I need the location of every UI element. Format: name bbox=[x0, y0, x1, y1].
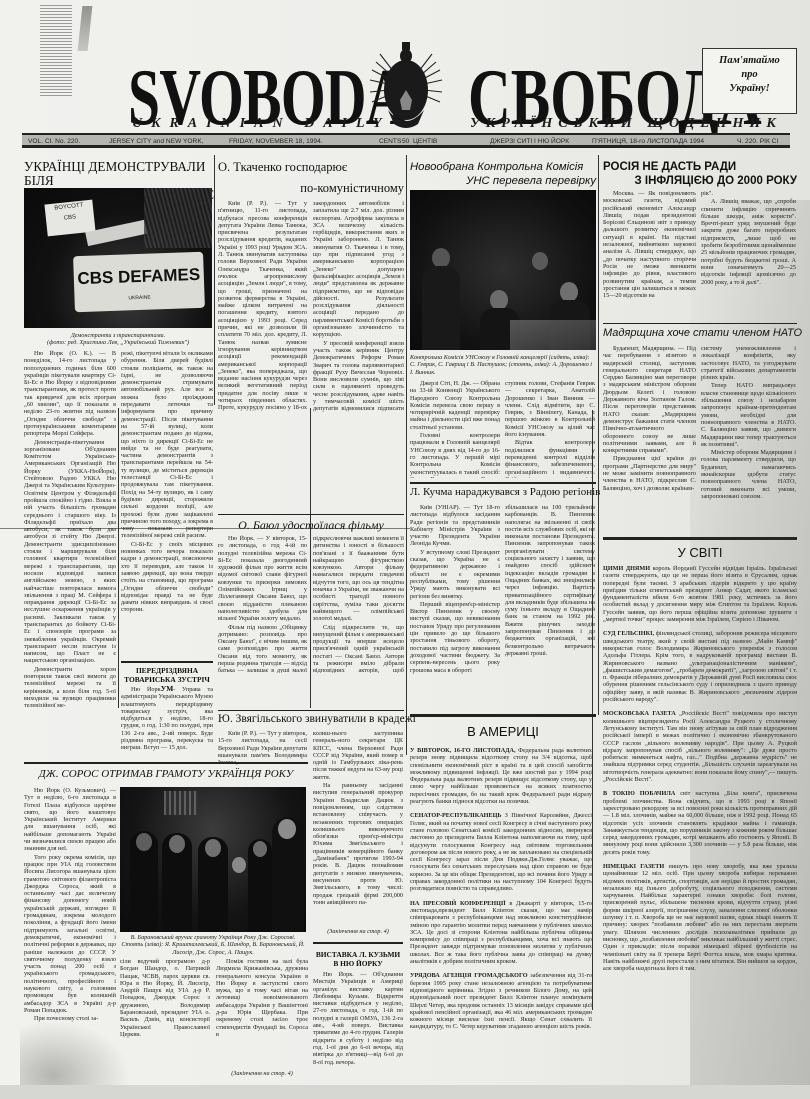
world-news-item: ЦИМИ ДНЯМИ король Йорданії Гуссейн відві… bbox=[603, 565, 797, 623]
headline-line: В НЮ ЙОРКУ bbox=[313, 959, 403, 968]
column-divider bbox=[406, 155, 407, 755]
divider bbox=[121, 661, 213, 663]
paragraph: Джерзі Сіті, Н. Дж. — Обрана на 33-ій Ко… bbox=[410, 380, 500, 431]
item-lead: СУД ГЕЛЬСІНКІ, bbox=[603, 630, 654, 637]
paragraph: закордонних автомобілів і заплатила ще 2… bbox=[313, 200, 404, 339]
item-lead: ЦИМИ ДНЯМИ bbox=[603, 565, 650, 572]
paragraph: сіли ведучий програмою д-р Богдан Шандор… bbox=[120, 958, 210, 1038]
person-face bbox=[560, 282, 578, 302]
article-body-baiul-col2: підкреслюючи важливі моменти її дитинств… bbox=[313, 535, 404, 673]
item-text: король Йорданії Гуссейн відвідав Ізраїль… bbox=[603, 565, 797, 623]
person-face bbox=[232, 857, 246, 873]
article-body-kuchma-col1: Київ (УНІАР). — Тут 18-го листопада відб… bbox=[410, 504, 500, 710]
paragraph: Демонстрація-пікетування зорганізоване О… bbox=[24, 439, 116, 665]
divider bbox=[603, 323, 797, 324]
column-divider bbox=[592, 410, 593, 1010]
paragraph: А. Лівшіц вважає, що „спроби спинити інф… bbox=[701, 198, 796, 286]
america-news-item: СЕНАТОР-РЕСПУБЛІКАНЕЦЬ З Північної Карол… bbox=[410, 812, 592, 892]
caption-line: (фото: ред. Христина Лев, „Український Т… bbox=[24, 339, 212, 346]
item-lead: НА ПРЕСОВІЙ КОНФЕРЕНЦІЇ bbox=[410, 900, 506, 907]
headline-line: УНС перевела перевірку bbox=[410, 174, 596, 188]
place-ua: ДЖЕРЗІ СИТІ І НЮ ЙОРК bbox=[490, 136, 569, 147]
article-body-kuchma-col2: збільшилася на 100 трильйонів карбованці… bbox=[505, 504, 595, 710]
caption-cbs-protest: Демонстранти з транспарантами. (фото: ре… bbox=[24, 332, 212, 347]
column-divider bbox=[214, 155, 215, 405]
world-news-list: ЦИМИ ДНЯМИ король Йорданії Гуссейн відві… bbox=[603, 565, 797, 1040]
masthead-subtitle-latin: UKRAINIAN DAILY bbox=[132, 116, 391, 132]
paragraph: колиш-нього заступника генераль-ного сек… bbox=[313, 730, 403, 781]
headline-control-commission: Новообрана Контрольна Комісія УНС переве… bbox=[410, 160, 596, 188]
headline-line: Новообрана Контрольна Комісія bbox=[410, 160, 596, 174]
motto-box: Пам'ятаймо про Україну! bbox=[702, 48, 797, 114]
article-body-control-col2: ступник голови, Стефанія Геврик — секрет… bbox=[505, 380, 595, 478]
item-text: „Россійскіє Вєсті" повідомила про виступ… bbox=[603, 710, 797, 783]
article-body-soros-col2: сіли ведучий програмою д-р Богдан Шандор… bbox=[120, 958, 210, 1078]
item-text: Федеральна рада валютних резерв знову пі… bbox=[410, 747, 592, 805]
paragraph: Київ (УНІАР). — Тут 18-го листопада відб… bbox=[410, 504, 500, 548]
headline-baiul: О. Баюл удостоїлася фільму bbox=[218, 518, 404, 533]
paragraph: У вступному слові Президент сказав, що У… bbox=[410, 549, 500, 600]
divider bbox=[218, 710, 404, 711]
america-news-list: У ВІВТОРОК, 16-ГО ЛИСТОПАДА, Федеральна … bbox=[410, 747, 592, 1077]
organ-pipes bbox=[164, 791, 198, 815]
paragraph: При почесному столі за- bbox=[24, 1015, 116, 1022]
america-news-item: У ВІВТОРОК, 16-ГО ЛИСТОПАДА, Федеральна … bbox=[410, 747, 592, 805]
paragraph: Фільм під назвою „Обіцянку дотримано: ро… bbox=[218, 624, 307, 673]
paragraph: режі, пікетуючі вітали їх окликами обуре… bbox=[121, 350, 213, 540]
item-lead: МОСКОВСЬКА ГАЗЕТА bbox=[603, 710, 676, 717]
divider bbox=[410, 714, 596, 717]
masthead: SVOBODA UKRAINIAN DAILY СВОБОДА УКРАЇНСЬ… bbox=[0, 0, 810, 150]
paragraph: Того року окрема комісія, що працює при … bbox=[24, 854, 116, 1015]
paragraph: Київ (Р. Р.). — Тут у п'ятницю, 11-го ли… bbox=[218, 200, 307, 412]
paragraph: Головні контролери працювали в Головній … bbox=[410, 432, 500, 478]
volume-ua: Ч. 220. РІК CI bbox=[737, 136, 778, 147]
paragraph: Сі-Бі-Ес у своїх місцевих новинках того … bbox=[121, 541, 213, 614]
place-en: JERSEY CITY and NEW YORK, bbox=[109, 136, 204, 147]
price-number: 50 bbox=[402, 136, 409, 147]
tree-silhouette bbox=[144, 188, 212, 248]
headline-kuchma: Л. Кучма нараджувався з Радою регіонів bbox=[410, 486, 610, 498]
mailing-label bbox=[40, 4, 72, 96]
article-body-zvyahilsky-col2: колиш-нього заступника генераль-ного сек… bbox=[313, 730, 403, 930]
column-divider bbox=[118, 408, 119, 708]
article-body-russia-col2: рік". А. Лівшіц вважає, що „спроби спини… bbox=[701, 190, 796, 310]
world-news-item: В ТОКІЮ ПОБАЧИЛА світ наступна „Біла кни… bbox=[603, 790, 797, 856]
date-en: FRIDAY, NOVEMBER 18, 1994. bbox=[229, 136, 323, 147]
article-body-soros-col1: Ню Йорк (О. Кузьмович). — Тут в неділю, … bbox=[24, 787, 116, 1083]
paragraph: рік". bbox=[701, 190, 796, 197]
paragraph: Слід підкреслити те, що випущений фільм … bbox=[313, 624, 404, 673]
paragraph: Відтак контролери поділилися функціями у… bbox=[505, 439, 595, 478]
protest-banner-main: CBS DEFAMES UKRAINE bbox=[73, 252, 205, 313]
article-body-kuzma-exhibit: Ню Йорк. — Об'єднання Мистців Українців … bbox=[313, 971, 403, 1075]
headline-line: РОСІЯ НЕ ДАСТЬ РАДИ bbox=[603, 160, 797, 174]
paragraph: підкреслюючи важливі моменти її дитинств… bbox=[313, 535, 404, 623]
paragraph: Ню Йорк. — Управа та адміністрація Украї… bbox=[121, 686, 213, 752]
paragraph: У пресовій конференції взяли участь тако… bbox=[313, 340, 404, 412]
america-news-item: УРЯДОВА АГЕНЦІЯ ГРОМАДСЬКОГО забезпеченн… bbox=[410, 972, 592, 1030]
photo-control-commission bbox=[410, 190, 596, 350]
paragraph: Перший віцепрем'єр-міністер Віктор Пинзе… bbox=[410, 601, 500, 674]
volume-number: VOL. CI. No. 220. bbox=[28, 136, 80, 147]
paragraph: Міністер оборони Мадярщини і голова парл… bbox=[701, 449, 796, 500]
sign-text: CBS DEFAMES bbox=[73, 258, 204, 297]
article-body-zvyahilsky-col1: Київ (Р. Р.). — Тут у вівторок, 15-го ли… bbox=[218, 730, 307, 765]
paragraph: систему унеможливлення і локалізації кон… bbox=[701, 345, 796, 381]
person-face bbox=[253, 841, 267, 857]
photo-cbs-protest: BOYCOTT CBS CBS DEFAMES UKRAINE bbox=[24, 188, 212, 328]
person-face bbox=[490, 290, 508, 310]
divider bbox=[603, 537, 797, 540]
person-face bbox=[169, 835, 185, 853]
paragraph: Ню Йорк (О. К.). — В понеділок, 14-го ли… bbox=[24, 350, 116, 438]
article-body-tkachenko-col1: Київ (Р. Р.). — Тут у п'ятницю, 11-го ли… bbox=[218, 200, 307, 412]
article-body-russia-col1: Москва. — Як повідомляють московські газ… bbox=[603, 190, 696, 310]
article-body-cbs-col2: режі, пікетуючі вітали їх окликами обуре… bbox=[121, 350, 213, 658]
motto-line: про bbox=[703, 68, 796, 82]
paragraph: Демонстранти хором повторили також свої … bbox=[24, 666, 116, 708]
person-face bbox=[205, 839, 221, 857]
caption-control-commission: Контрольна Комісія УНСоюзу в Головній ка… bbox=[410, 354, 596, 376]
headline-soros: ДЖ. СОРОС ОТРИМАВ ГРАМОТУ УКРАЇНЦЯ РОКУ bbox=[24, 768, 308, 780]
paragraph: Москва. — Як повідомляють московські газ… bbox=[603, 190, 696, 299]
paragraph: Київ (Р. Р.). — Тут у вівторок, 15-го ли… bbox=[218, 730, 307, 765]
world-news-item: МОСКОВСЬКА ГАЗЕТА „Россійскіє Вєсті" пов… bbox=[603, 710, 797, 783]
date-ua: П'ЯТНИЦЯ, 18-го ЛИСТОПАДА 1994 bbox=[592, 136, 704, 147]
paragraph: збільшилася на 100 трильйонів карбованці… bbox=[505, 504, 595, 657]
divider bbox=[218, 514, 404, 515]
article-body-tkachenko-col2: закордонних автомобілів і заплатила ще 2… bbox=[313, 200, 404, 412]
article-body-control-col1: Джерзі Сіті, Н. Дж. — Обрана на 33-ій Ко… bbox=[410, 380, 500, 478]
headline-line: О. Ткаченко господарює bbox=[218, 160, 404, 174]
divider bbox=[410, 482, 596, 484]
headline-line: УКРАЇНЦІ ДЕМОНСТРУВАЛИ БІЛЯ bbox=[24, 160, 214, 188]
item-lead: У ВІВТОРОК, 16-ГО ЛИСТОПАДА, bbox=[410, 747, 516, 754]
masthead-subtitle-cyrillic: УКРАЇНСЬКИЙ ЩОДЕННИК bbox=[470, 116, 782, 132]
item-text: З Північної Кароляйни, Джессі Гелмс, яки… bbox=[410, 812, 592, 892]
continued-note: (Закінчення на стор. 4) bbox=[216, 1070, 308, 1077]
section-title-america: В АМЕРИЦІ bbox=[410, 724, 596, 739]
price-en: CENTS bbox=[379, 136, 401, 147]
paragraph: Тепер НАТО випрацьовує власне становище … bbox=[701, 382, 796, 448]
column-divider bbox=[598, 155, 599, 715]
continued-note: (Закінчення на стор. 4) bbox=[313, 928, 403, 935]
headline-line: ПЕРЕДРІЗДВЯНА bbox=[121, 666, 213, 675]
item-lead: НІМЕЦЬКІ ГАЗЕТИ bbox=[603, 863, 664, 870]
caption-line: Демонстранти з транспарантами. bbox=[24, 332, 212, 339]
headline-line: по-комуністичному bbox=[218, 181, 404, 195]
article-body-soros-col3: Поміж гостями на залі була Людмила Крижа… bbox=[216, 958, 308, 1066]
world-news-item: СУД ГЕЛЬСІНКІ, фінляндської столиці, заб… bbox=[603, 630, 797, 703]
headline-hungary-nato: Мадярщина хоче стати членом НАТО bbox=[603, 327, 803, 339]
person-face bbox=[136, 833, 152, 851]
headline-russia-inflation: РОСІЯ НЕ ДАСТЬ РАДИ З ІНФЛЯЦІЄЮ ДО 2000 … bbox=[603, 160, 797, 188]
table-surface bbox=[510, 320, 596, 350]
item-lead: СЕНАТОР-РЕСПУБЛІКАНЕЦЬ bbox=[410, 812, 502, 819]
headline-zvyahilsky: Ю. Звягільського звинуватили в крадежі bbox=[218, 713, 438, 725]
photo-soros-award bbox=[120, 787, 306, 932]
motto-line: Пам'ятаймо bbox=[703, 54, 796, 68]
headline-line: ВИСТАВКА Л. КУЗЬМИ bbox=[313, 950, 403, 959]
world-news-item: НІМЕЦЬКІ ГАЗЕТИ пишуть про нову хворобу,… bbox=[603, 863, 797, 972]
item-text: в Джакарті у вівторок, 15-го листопада,п… bbox=[410, 900, 592, 965]
item-text: забезпечення від 31-го березня 1995 року… bbox=[410, 972, 592, 1030]
article-body-cbs-col1: Ню Йорк (О. К.). — В понеділок, 14-го ли… bbox=[24, 350, 116, 708]
item-lead: В ТОКІЮ ПОБАЧИЛА bbox=[603, 790, 675, 797]
motto-line: Україну! bbox=[703, 82, 796, 96]
paragraph: Приєднання цієї країни до програми „Парт… bbox=[603, 455, 696, 491]
headline-line: З ІНФЛЯЦІЄЮ ДО 2000 РОКУ bbox=[603, 174, 797, 188]
newspaper-page: SVOBODA UKRAINIAN DAILY СВОБОДА УКРАЇНСЬ… bbox=[0, 0, 810, 1099]
price-ua: ЦЕНТІВ bbox=[413, 136, 437, 147]
paragraph: Ню Йорк. — Об'єднання Мистців Українців … bbox=[313, 971, 403, 1066]
column-divider bbox=[310, 408, 311, 708]
paragraph: ступник голови, Стефанія Геврик — секрет… bbox=[505, 380, 595, 438]
divider bbox=[24, 762, 308, 764]
person-face bbox=[278, 819, 296, 839]
paragraph: Поміж гостями на залі була Людмила Крижа… bbox=[216, 958, 308, 1038]
headline-tkachenko: О. Ткаченко господарює по-комуністичному bbox=[218, 160, 404, 195]
person-face bbox=[532, 252, 548, 270]
section-title-world: У СВІТІ bbox=[603, 545, 797, 560]
paragraph: Будапешт, Мадярщина. — Під час перебуван… bbox=[603, 345, 696, 454]
dateline-bar: VOL. CI. No. 220. JERSEY CITY and NEW YO… bbox=[22, 133, 790, 148]
item-text: фінляндської столиці, заборонив режисера… bbox=[603, 630, 797, 703]
paragraph: Ню Йорк (О. Кузьмович). — Тут в неділю, … bbox=[24, 787, 116, 853]
item-text: світ наступна „Біла книга", присвячена п… bbox=[603, 790, 797, 855]
ink-smudge bbox=[78, 6, 93, 51]
person-face bbox=[432, 248, 450, 268]
paragraph: На ранньому засіданні виступив генеральн… bbox=[313, 782, 403, 906]
caption-soros: В. Барановський вручає грамоту Українця … bbox=[118, 934, 308, 956]
paper-bottom-edge bbox=[0, 1085, 810, 1099]
headline-kuzma-exhibit: ВИСТАВКА Л. КУЗЬМИ В НЮ ЙОРКУ bbox=[313, 950, 403, 968]
divider bbox=[313, 942, 403, 944]
article-body-baiul-col1: Ню Йорк. — У вівторок, 15-го листопада, … bbox=[218, 535, 307, 673]
article-body-hungary-col1: Будапешт, Мадярщина. — Під час перебуван… bbox=[603, 345, 696, 535]
person-silhouette bbox=[422, 266, 460, 350]
america-news-item: НА ПРЕСОВІЙ КОНФЕРЕНЦІЇ в Джакарті у вів… bbox=[410, 900, 592, 966]
article-body-hungary-col2: систему унеможливлення і локалізації кон… bbox=[701, 345, 796, 535]
item-lead: УРЯДОВА АГЕНЦІЯ ГРОМАДСЬКОГО bbox=[410, 972, 528, 979]
caption-line: Стоять (зліва): Я. Кришталевський, Б. Ша… bbox=[118, 941, 308, 956]
trident-emblem-icon bbox=[366, 40, 446, 132]
item-text: пишуть про нову хворобу, яка вже уразила… bbox=[603, 863, 797, 972]
paragraph: Ню Йорк. — У вівторок, 15-го листопада, … bbox=[218, 535, 307, 623]
article-body-um-meeting: Ню Йорк. — Управа та адміністрація Украї… bbox=[121, 686, 213, 752]
